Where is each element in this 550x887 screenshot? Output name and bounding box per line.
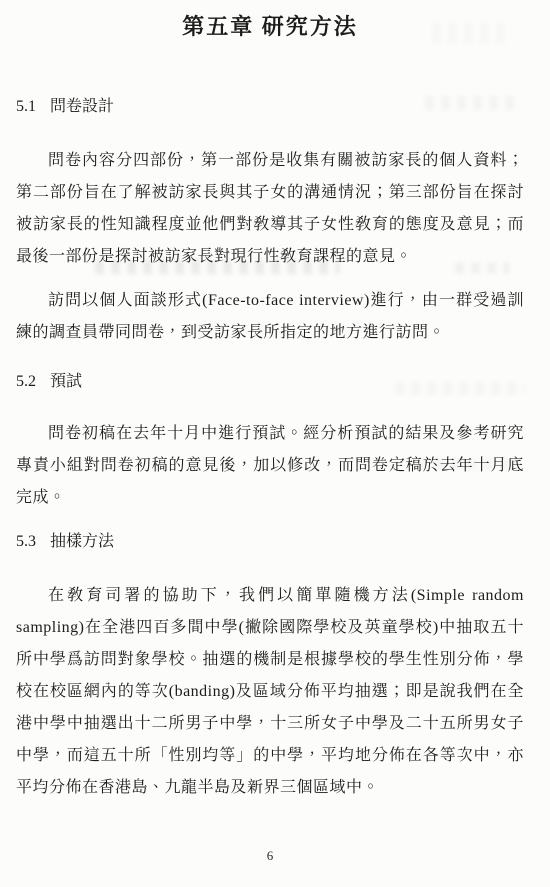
paragraph-sampling-method: 在敎育司署的協助下，我們以簡單隨機方法(Simple random sampli… — [16, 580, 524, 804]
section-label: 問卷設計 — [50, 96, 114, 118]
section-number: 5.3 — [16, 531, 36, 553]
paragraph-interview-method: 訪問以個人面談形式(Face-to-face interview)進行，由一群受… — [16, 285, 524, 349]
page-number: 6 — [0, 848, 540, 864]
section-heading-5-1: 5.1 問卷設計 — [16, 96, 524, 118]
section-heading-5-2: 5.2 預試 — [16, 371, 524, 393]
paragraph-questionnaire-content: 問卷內容分四部份，第一部份是收集有關被訪家長的個人資料；第二部份旨在了解被訪家長… — [16, 145, 524, 273]
section-heading-5-3: 5.3 抽樣方法 — [16, 531, 524, 553]
paragraph-pretest: 問卷初稿在去年十月中進行預試。經分析預試的結果及參考研究專責小組對問卷初稿的意見… — [16, 418, 524, 514]
section-label: 預試 — [50, 371, 82, 393]
document-page: 第五章 研究方法 5.1 問卷設計 問卷內容分四部份，第一部份是收集有關被訪家長… — [0, 0, 550, 887]
section-number: 5.2 — [16, 371, 36, 393]
section-label: 抽樣方法 — [50, 531, 114, 553]
chapter-title: 第五章 研究方法 — [16, 10, 524, 44]
section-number: 5.1 — [16, 96, 36, 118]
